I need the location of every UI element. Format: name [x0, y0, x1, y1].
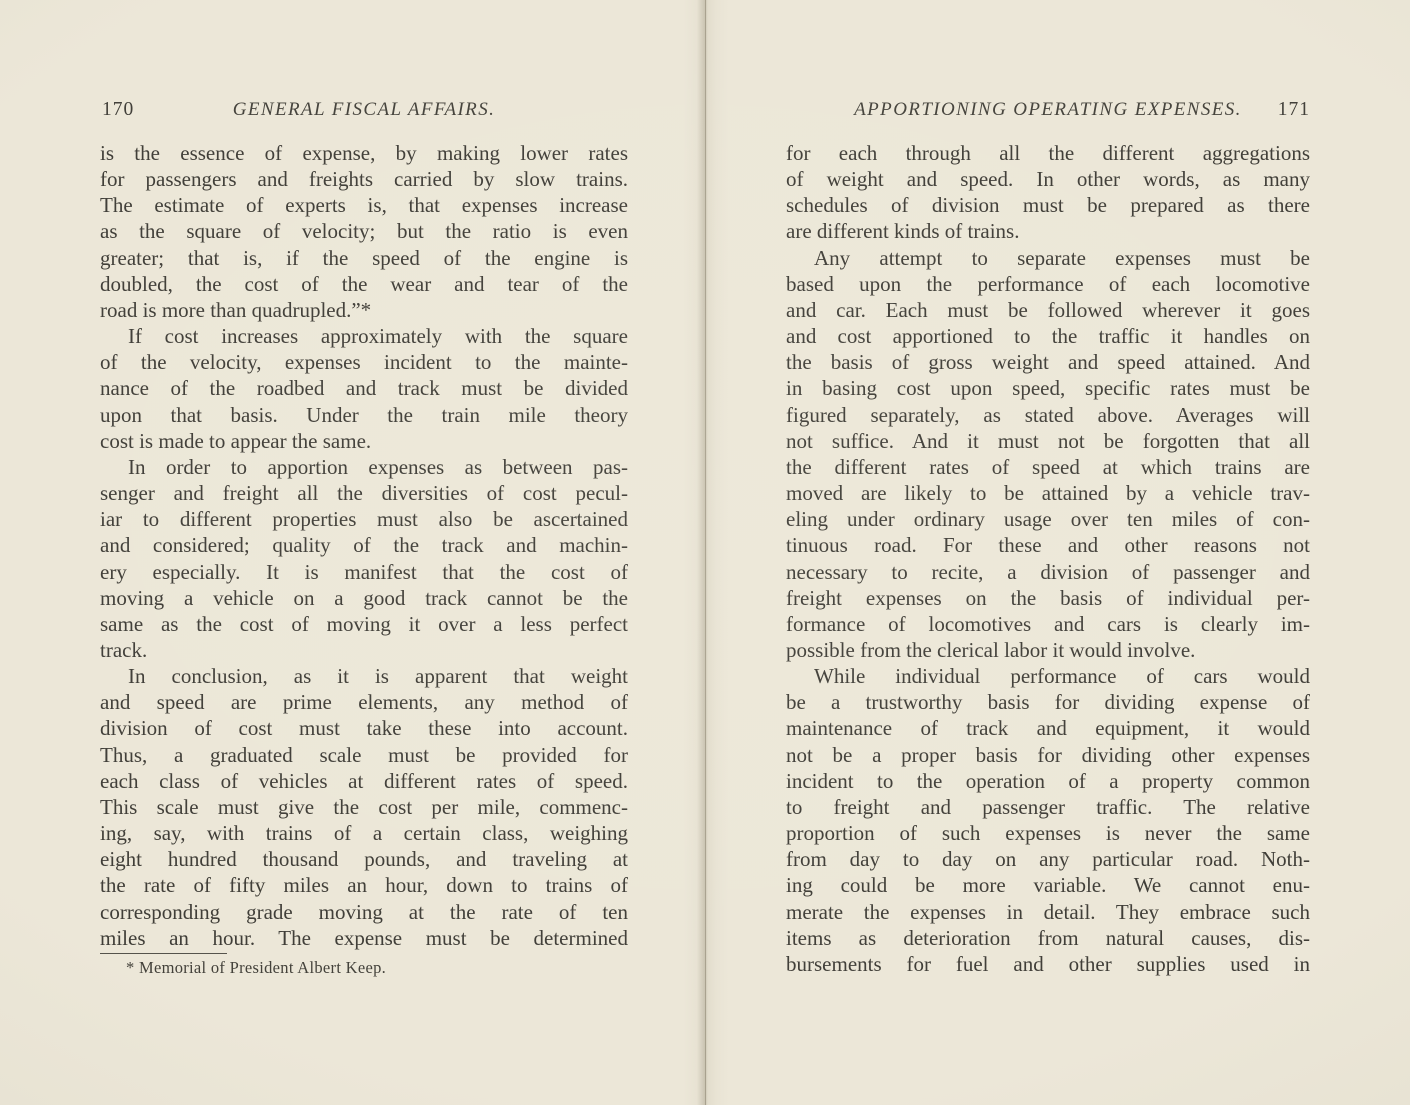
text-line: for each through all the different aggre… — [786, 140, 1310, 166]
paragraph: for each through all the different aggre… — [786, 140, 1310, 245]
text-line: eight hundred thousand pounds, and trave… — [100, 846, 628, 872]
text-line: upon that basis. Under the train mile th… — [100, 402, 628, 428]
text-line: Any attempt to separate expenses must be — [786, 245, 1310, 271]
footnote: * Memorial of President Albert Keep. — [100, 953, 628, 978]
running-title-right: APPORTIONING OPERATING EXPENSES. — [854, 99, 1242, 120]
text-line: to freight and passenger traffic. The re… — [786, 794, 1310, 820]
text-line: miles an hour. The expense must be deter… — [100, 925, 628, 951]
text-line: formance of locomotives and cars is clea… — [786, 611, 1310, 637]
text-line: is the essence of expense, by making low… — [100, 140, 628, 166]
text-line: tinuous road. For these and other reason… — [786, 532, 1310, 558]
page-number-left: 170 — [102, 99, 134, 121]
footnote-text: * Memorial of President Albert Keep. — [100, 958, 628, 978]
text-line: and speed are prime elements, any method… — [100, 689, 628, 715]
running-header-left: 170 GENERAL FISCAL AFFAIRS. — [100, 99, 628, 121]
text-line: figured separately, as stated above. Ave… — [786, 402, 1310, 428]
text-line: maintenance of track and equipment, it w… — [786, 715, 1310, 741]
text-line: bursements for fuel and other supplies u… — [786, 951, 1310, 977]
text-line: not be a proper basis for dividing other… — [786, 742, 1310, 768]
text-line: of weight and speed. In other words, as … — [786, 166, 1310, 192]
paragraph: While individual performance of cars wou… — [786, 663, 1310, 977]
text-line: for passengers and freights carried by s… — [100, 166, 628, 192]
footnote-rule — [100, 953, 227, 954]
text-line: nance of the roadbed and track must be d… — [100, 375, 628, 401]
text-line: and considered; quality of the track and… — [100, 532, 628, 558]
text-line: incident to the operation of a property … — [786, 768, 1310, 794]
text-line: from day to day on any particular road. … — [786, 846, 1310, 872]
text-line: schedules of division must be prepared a… — [786, 192, 1310, 218]
text-line: and car. Each must be followed wherever … — [786, 297, 1310, 323]
text-line: freight expenses on the basis of individ… — [786, 585, 1310, 611]
text-line: are different kinds of trains. — [786, 218, 1310, 244]
paragraph: In order to apportion expenses as betwee… — [100, 454, 628, 663]
page-left-body: is the essence of expense, by making low… — [100, 140, 628, 951]
text-line: the different rates of speed at which tr… — [786, 454, 1310, 480]
text-line: senger and freight all the diversities o… — [100, 480, 628, 506]
text-line: the rate of fifty miles an hour, down to… — [100, 872, 628, 898]
text-line: division of cost must take these into ac… — [100, 715, 628, 741]
text-line: not suffice. And it must not be forgotte… — [786, 428, 1310, 454]
text-line: greater; that is, if the speed of the en… — [100, 245, 628, 271]
text-line: eling under ordinary usage over ten mile… — [786, 506, 1310, 532]
text-line: corresponding grade moving at the rate o… — [100, 899, 628, 925]
running-header-right: APPORTIONING OPERATING EXPENSES. 171 — [786, 99, 1310, 121]
text-line: proportion of such expenses is never the… — [786, 820, 1310, 846]
text-line: moving a vehicle on a good track cannot … — [100, 585, 628, 611]
text-line: iar to different properties must also be… — [100, 506, 628, 532]
page-right: APPORTIONING OPERATING EXPENSES. 171 for… — [786, 0, 1310, 1105]
text-line: merate the expenses in detail. They embr… — [786, 899, 1310, 925]
paragraph: In conclusion, as it is apparent that we… — [100, 663, 628, 951]
text-line: road is more than quadrupled.”* — [100, 297, 628, 323]
text-line: doubled, the cost of the wear and tear o… — [100, 271, 628, 297]
text-line: as the square of velocity; but the ratio… — [100, 218, 628, 244]
page-left: 170 GENERAL FISCAL AFFAIRS. is the essen… — [100, 0, 628, 1105]
gutter-crease — [683, 0, 729, 1105]
paragraph: is the essence of expense, by making low… — [100, 140, 628, 323]
text-line: moved are likely to be attained by a veh… — [786, 480, 1310, 506]
paragraph: Any attempt to separate expenses must be… — [786, 245, 1310, 664]
text-line: the basis of gross weight and speed atta… — [786, 349, 1310, 375]
text-line: In order to apportion expenses as betwee… — [100, 454, 628, 480]
gutter-crease-line — [705, 0, 706, 1105]
text-line: ing could be more variable. We cannot en… — [786, 872, 1310, 898]
text-line: The estimate of experts is, that expense… — [100, 192, 628, 218]
text-line: in basing cost upon speed, specific rate… — [786, 375, 1310, 401]
text-line: be a trustworthy basis for dividing expe… — [786, 689, 1310, 715]
paragraph: If cost increases approximately with the… — [100, 323, 628, 454]
text-line: If cost increases approximately with the… — [100, 323, 628, 349]
page-right-body: for each through all the different aggre… — [786, 140, 1310, 977]
text-line: of the velocity, expenses incident to th… — [100, 349, 628, 375]
text-line: necessary to recite, a division of passe… — [786, 559, 1310, 585]
text-line: ing, say, with trains of a certain class… — [100, 820, 628, 846]
text-line: same as the cost of moving it over a les… — [100, 611, 628, 637]
text-line: In conclusion, as it is apparent that we… — [100, 663, 628, 689]
text-line: track. — [100, 637, 628, 663]
page-number-right: 171 — [1278, 99, 1310, 121]
text-line: based upon the performance of each locom… — [786, 271, 1310, 297]
text-line: and cost apportioned to the traffic it h… — [786, 323, 1310, 349]
text-line: Thus, a graduated scale must be provided… — [100, 742, 628, 768]
text-line: ery especially. It is manifest that the … — [100, 559, 628, 585]
text-line: cost is made to appear the same. — [100, 428, 628, 454]
text-line: This scale must give the cost per mile, … — [100, 794, 628, 820]
text-line: each class of vehicles at different rate… — [100, 768, 628, 794]
text-line: While individual performance of cars wou… — [786, 663, 1310, 689]
running-title-left: GENERAL FISCAL AFFAIRS. — [233, 99, 496, 120]
text-line: items as deterioration from natural caus… — [786, 925, 1310, 951]
text-line: possible from the clerical labor it woul… — [786, 637, 1310, 663]
